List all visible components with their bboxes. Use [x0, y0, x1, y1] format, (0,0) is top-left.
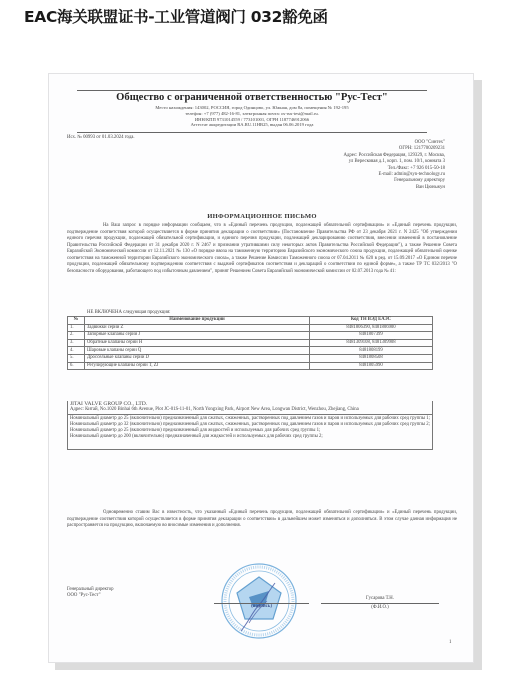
hs-code: 8481808508 — [310, 354, 433, 362]
row-number: 6. — [68, 362, 85, 370]
letterhead-details: Место нахождения: 143002, РОССИЯ, город … — [77, 105, 427, 128]
closing-text: Одновременно ставим Вас в известность, ч… — [67, 510, 457, 530]
name-caption: (Ф.И.О.) — [321, 605, 439, 610]
letterhead-bottom-rule — [77, 132, 427, 133]
col-header-product-name: Наименование продукции — [85, 317, 310, 325]
col-header-hs-code: Код ТН ВЭД ЕАЭС — [310, 317, 433, 325]
signer-title: Генеральный директор ООО "Рус-Тест" — [67, 587, 114, 599]
manufacturer-address: Адрес: Китай, No.1020 Binhai 6th Avenue,… — [70, 407, 430, 413]
table-row: 4.Шаровые клапаны серии Q8481808199 — [68, 347, 433, 355]
signer-full-name: Гусарова Т.Н. — [321, 596, 439, 601]
product-name: Обратные клапаны серии H — [85, 339, 310, 347]
official-stamp-icon — [219, 561, 299, 641]
recipient-block: ООО "Синтех" ОГРН: 1217700209231 Адрес: … — [343, 140, 445, 191]
hs-code: 8481309108, 8481309908 — [310, 339, 433, 347]
name-line — [321, 603, 439, 604]
table-row: 1.Задвижки серии Z8481806390, 8481806900 — [68, 324, 433, 332]
hs-code: 8481807399 — [310, 332, 433, 340]
manufacturer-header: JITAI VALVE GROUP CO., LTD. Адрес: Китай… — [68, 401, 432, 415]
body-paragraph: На Ваш запрос в порядке информации сообщ… — [67, 223, 457, 275]
letter-body: На Ваш запрос в порядке информации сообщ… — [67, 223, 457, 275]
row-number: 1. — [68, 324, 85, 332]
product-name: Шаровые клапаны серии Q — [85, 347, 310, 355]
table-header-row: № Наименование продукции Код ТН ВЭД ЕАЭС — [68, 317, 433, 325]
table-row: 5.Дроссельные клапаны серии D8481808508 — [68, 354, 433, 362]
table-row: 2.Запорные клапаны серии J8481807399 — [68, 332, 433, 340]
closing-paragraph: Одновременно ставим Вас в известность, ч… — [67, 510, 457, 530]
signature-caption: (подпись) — [214, 604, 309, 609]
manufacturer-block: JITAI VALVE GROUP CO., LTD. Адрес: Китай… — [67, 401, 433, 450]
spec-item: Номинальный диаметр до 200 (включительно… — [70, 434, 430, 440]
document-page: Общество с ограниченной ответственностью… — [48, 73, 474, 663]
row-number: 4. — [68, 347, 85, 355]
product-name: Запорные клапаны серии J — [85, 332, 310, 340]
row-number: 3. — [68, 339, 85, 347]
page-number: 1 — [449, 640, 451, 645]
row-number: 2. — [68, 332, 85, 340]
letterhead-accreditation: Аттестат аккредитации RA.RU.11HB25, выда… — [77, 122, 427, 128]
product-name: Задвижки серии Z — [85, 324, 310, 332]
organization-name: Общество с ограниченной ответственностью… — [77, 92, 427, 103]
hs-code: 8481806390, 8481806900 — [310, 324, 433, 332]
product-name: Регулирующие клапаны серии T, ZJ — [85, 362, 310, 370]
product-name: Дроссельные клапаны серии D — [85, 354, 310, 362]
col-header-number: № — [68, 317, 85, 325]
signer-company: ООО "Рус-Тест" — [67, 593, 114, 599]
outgoing-number: Исх. № 00993 от 01.03.2024 года. — [67, 135, 135, 140]
hs-code: 8481808199 — [310, 347, 433, 355]
products-table: № Наименование продукции Код ТН ВЭД ЕАЭС… — [67, 316, 433, 370]
manufacturer-specs: Номинальный диаметр до 25 (включительно)… — [68, 415, 432, 448]
recipient-name: Ван Цюньжун — [343, 185, 445, 191]
letterhead-top-rule — [77, 90, 427, 91]
recipient-address-line-2: ул Вересковая д.1, корп. 1, пом. 10/1, к… — [343, 159, 445, 165]
row-number: 5. — [68, 354, 85, 362]
letter-title: ИНФОРМАЦИОННОЕ ПИСЬМО — [49, 213, 475, 220]
page-heading: EAC海关联盟证书-工业管道阀门 032豁免函 — [24, 5, 504, 27]
not-included-label: НЕ ВКЛЮЧЕНА следующая продукция: — [87, 310, 170, 315]
table-row: 3.Обратные клапаны серии H8481309108, 84… — [68, 339, 433, 347]
hs-code: 8481805990 — [310, 362, 433, 370]
table-row: 6.Регулирующие клапаны серии T, ZJ848180… — [68, 362, 433, 370]
